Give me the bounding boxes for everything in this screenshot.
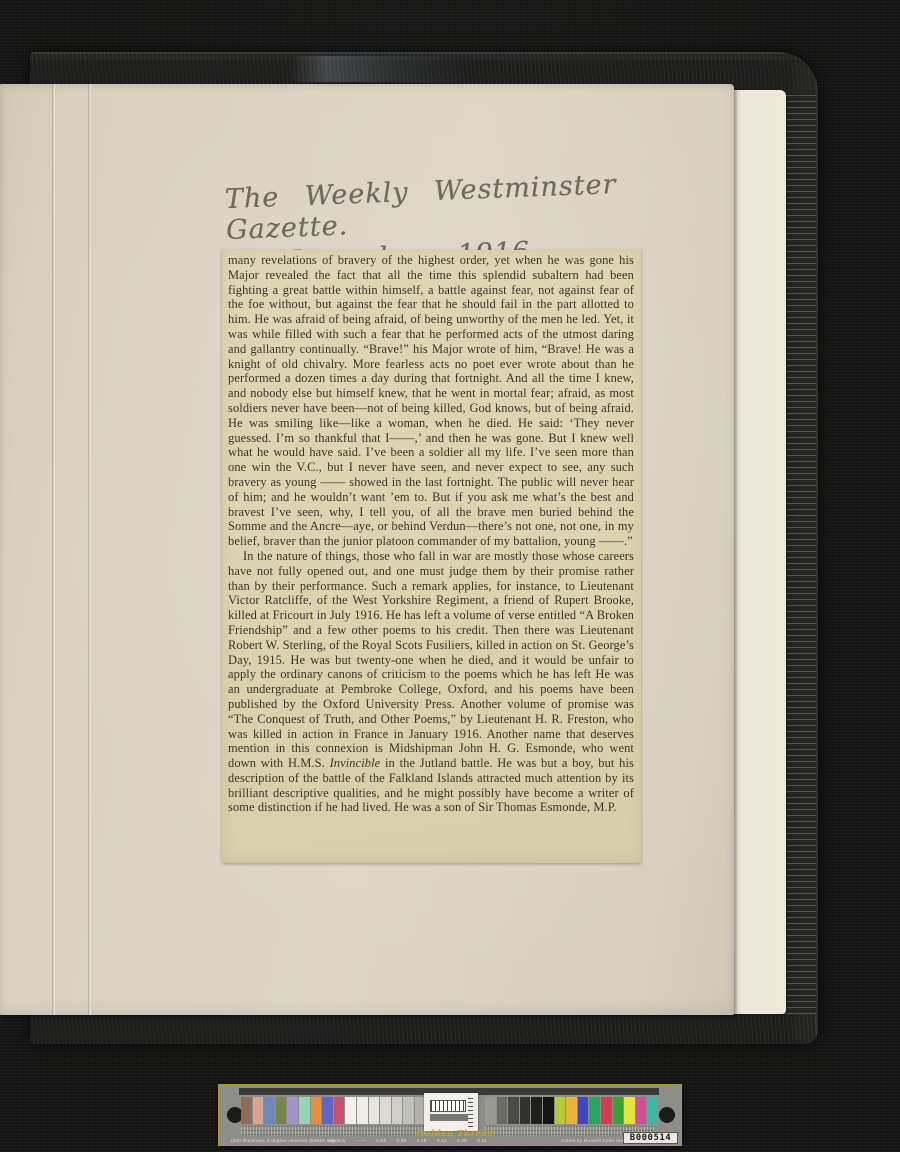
registration-dot-right <box>659 1107 675 1123</box>
color-patch <box>392 1097 403 1124</box>
color-patch <box>485 1097 496 1124</box>
serial-number-plate: B000514 <box>623 1132 678 1144</box>
resolution-bars-icon <box>430 1100 466 1112</box>
gutter-stub-line <box>52 84 56 1015</box>
color-patch <box>311 1097 322 1124</box>
clipping-paragraph-2-text: In the nature of things, those who fall … <box>228 549 634 770</box>
calibration-target: Golden Thread (300 Illuminant, 2 degree … <box>218 1084 682 1146</box>
color-patch <box>287 1097 298 1124</box>
newspaper-clipping: many revelations of bravery of the highe… <box>222 250 641 863</box>
color-patch <box>589 1097 600 1124</box>
scanned-photo: { "annotation": { "line1": "The Weekly W… <box>0 0 900 1152</box>
illuminant-note: (300 Illuminant, 2 degree observer (5461… <box>231 1138 338 1143</box>
color-patch <box>241 1097 252 1124</box>
density-numbers: 0.04 0.09 0.16 0.22 0.36 0.51 <box>376 1138 487 1143</box>
resolution-test-card <box>424 1093 478 1131</box>
color-patch <box>276 1097 287 1124</box>
gray-bar-icon <box>430 1114 470 1121</box>
density-label: Density —— <box>329 1138 366 1143</box>
patch-row-right <box>485 1097 658 1124</box>
density-values: Density —— 0.04 0.09 0.16 0.22 0.36 0.51 <box>329 1138 487 1143</box>
color-patch <box>380 1097 391 1124</box>
leather-spine-edge <box>784 90 816 1014</box>
color-patch <box>497 1097 508 1124</box>
clipping-paragraph-1: many revelations of bravery of the highe… <box>228 253 634 549</box>
color-patch <box>345 1097 356 1124</box>
color-patch <box>508 1097 519 1124</box>
color-patch <box>647 1097 658 1124</box>
color-patch <box>369 1097 380 1124</box>
color-patch <box>624 1097 635 1124</box>
color-patch <box>334 1097 345 1124</box>
color-patch <box>253 1097 264 1124</box>
color-patch <box>555 1097 566 1124</box>
color-patch <box>299 1097 310 1124</box>
color-patch <box>531 1097 542 1124</box>
density-value-grid-left <box>241 1126 425 1135</box>
color-patch <box>613 1097 624 1124</box>
color-patch <box>357 1097 368 1124</box>
color-patch <box>566 1097 577 1124</box>
color-patch <box>543 1097 554 1124</box>
color-patch <box>578 1097 589 1124</box>
gutter-stub-line <box>88 84 92 1015</box>
patch-row-left <box>241 1097 426 1124</box>
color-patch <box>322 1097 333 1124</box>
vertical-scale-icon <box>468 1097 473 1127</box>
color-patch <box>601 1097 612 1124</box>
clipping-paragraph-2: In the nature of things, those who fall … <box>228 549 634 815</box>
color-patch <box>264 1097 275 1124</box>
color-patch <box>403 1097 414 1124</box>
color-patch <box>636 1097 647 1124</box>
color-patch <box>520 1097 531 1124</box>
cover-wear-mark <box>290 56 470 82</box>
ship-name-italic: Invincible <box>330 756 381 770</box>
